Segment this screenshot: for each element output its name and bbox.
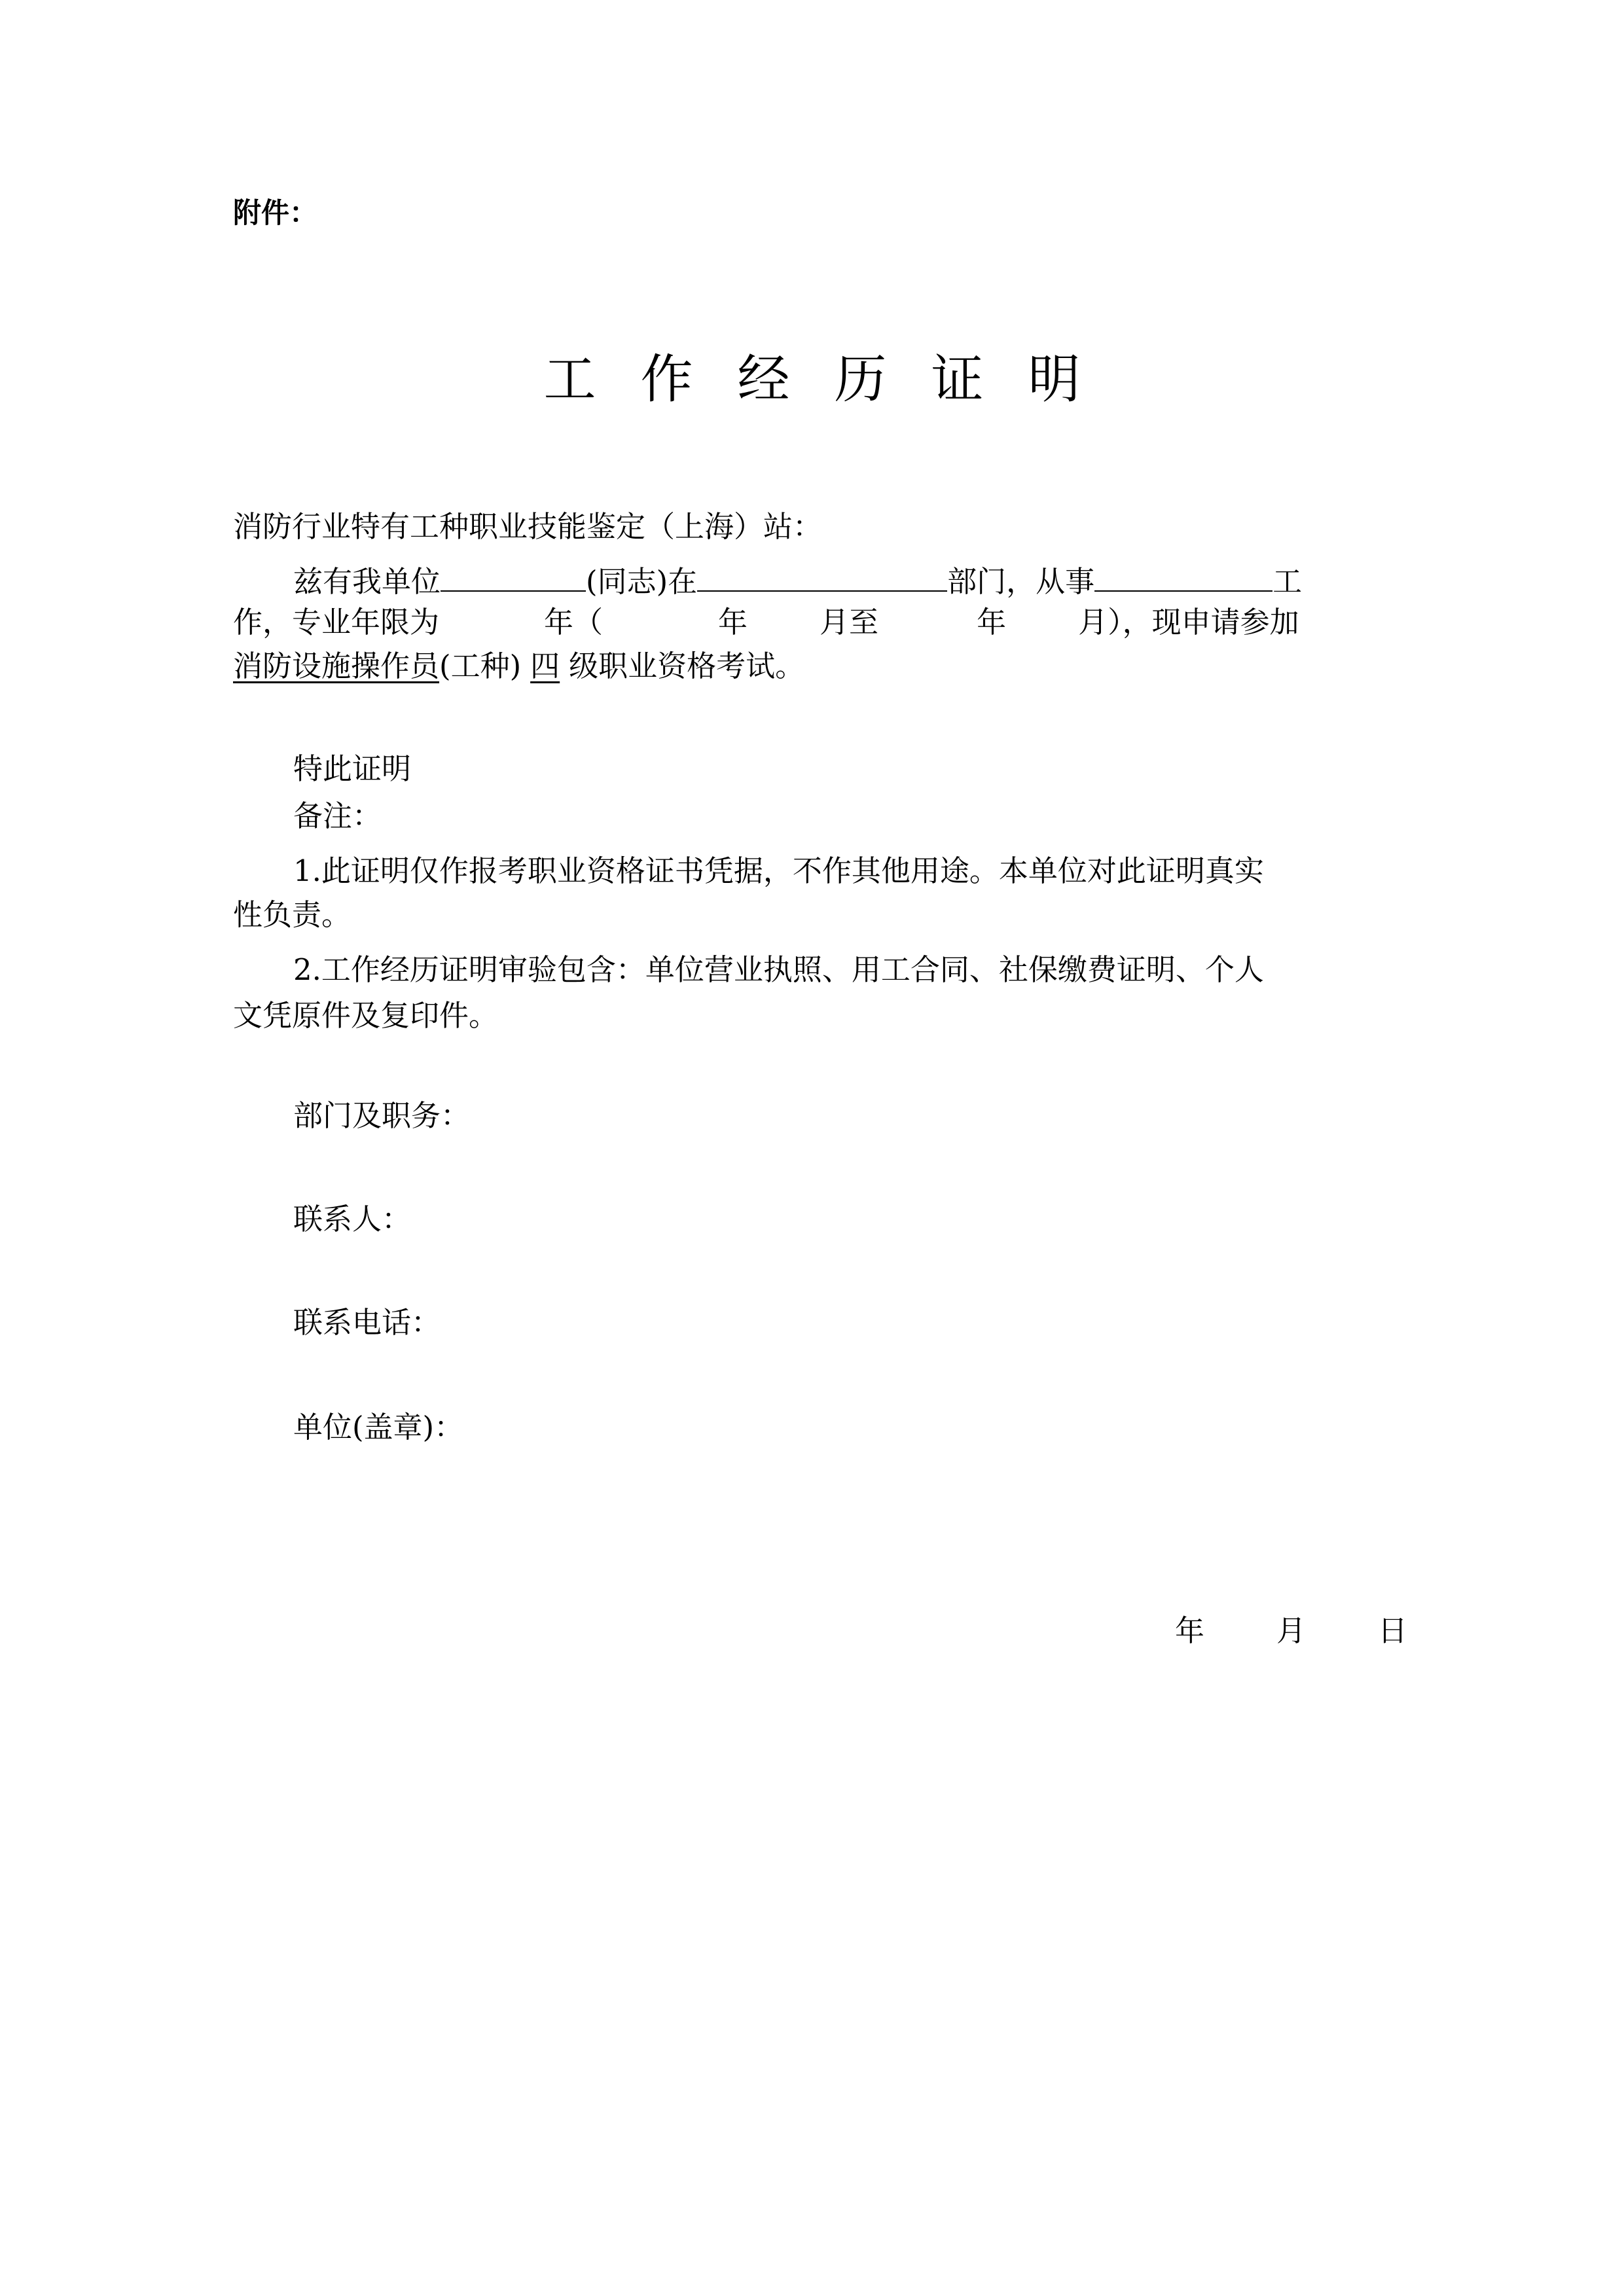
text: 兹有我单位: [293, 564, 441, 599]
attachment-label: 附件：: [233, 200, 317, 228]
title-char: 经: [738, 353, 790, 406]
certify-text: 特此证明: [233, 754, 1445, 783]
work-type-blank[interactable]: [1094, 564, 1272, 592]
text: 年: [977, 605, 1006, 639]
field-dept-position: 部门及职务：: [233, 1101, 1445, 1130]
text: 级职业资格考试。: [569, 649, 804, 683]
level: 四: [521, 649, 569, 683]
page-title: 工作经历证明: [0, 353, 1624, 406]
field-contact-person: 联系人：: [233, 1204, 1445, 1234]
note-1-line-2: 性负责。: [233, 900, 1385, 929]
paragraph-line-3: 消防设施操作员(工种)四级职业资格考试。: [233, 651, 1385, 681]
job-title: 消防设施操作员: [233, 649, 439, 683]
title-char: 证: [931, 353, 984, 406]
text: 年: [718, 605, 748, 639]
department-blank[interactable]: [697, 564, 947, 592]
field-unit-seal: 单位(盖章)：: [233, 1412, 1445, 1442]
text: (同志)在: [586, 564, 697, 599]
date-month: 月: [1276, 1613, 1306, 1648]
text: 月），现申请参加: [1078, 605, 1299, 639]
text: 年（: [544, 605, 603, 639]
text: 月至: [820, 605, 878, 639]
field-contact-phone: 联系电话：: [233, 1308, 1445, 1337]
title-char: 明: [1028, 353, 1081, 406]
note-1-line-1: 1.此证明仅作报考职业资格证书凭据，不作其他用途。本单位对此证明真实: [233, 856, 1445, 886]
notes-label: 备注：: [233, 801, 1445, 831]
date-day: 日: [1378, 1613, 1407, 1648]
paragraph-line-2: 作，专业年限为年（年月至年月），现申请参加: [233, 607, 1385, 637]
paragraph-line-1: 兹有我单位(同志)在部门，从事工: [233, 564, 1445, 596]
text: (工种): [439, 649, 521, 683]
date-line: 年月日: [1175, 1616, 1407, 1645]
text: 工: [1272, 564, 1302, 599]
text: 作，专业年限为: [233, 605, 439, 639]
salutation: 消防行业特有工种职业技能鉴定（上海）站：: [233, 512, 1385, 541]
title-char: 工: [544, 353, 596, 406]
note-2-line-1: 2.工作经历证明审验包含：单位营业执照、用工合同、社保缴费证明、个人: [233, 955, 1445, 984]
unit-name-blank[interactable]: [441, 564, 586, 592]
note-2-line-2: 文凭原件及复印件。: [233, 1001, 1385, 1030]
text: 部门，从事: [947, 564, 1094, 599]
title-char: 历: [835, 353, 887, 406]
title-char: 作: [641, 353, 693, 406]
date-year: 年: [1175, 1613, 1204, 1648]
